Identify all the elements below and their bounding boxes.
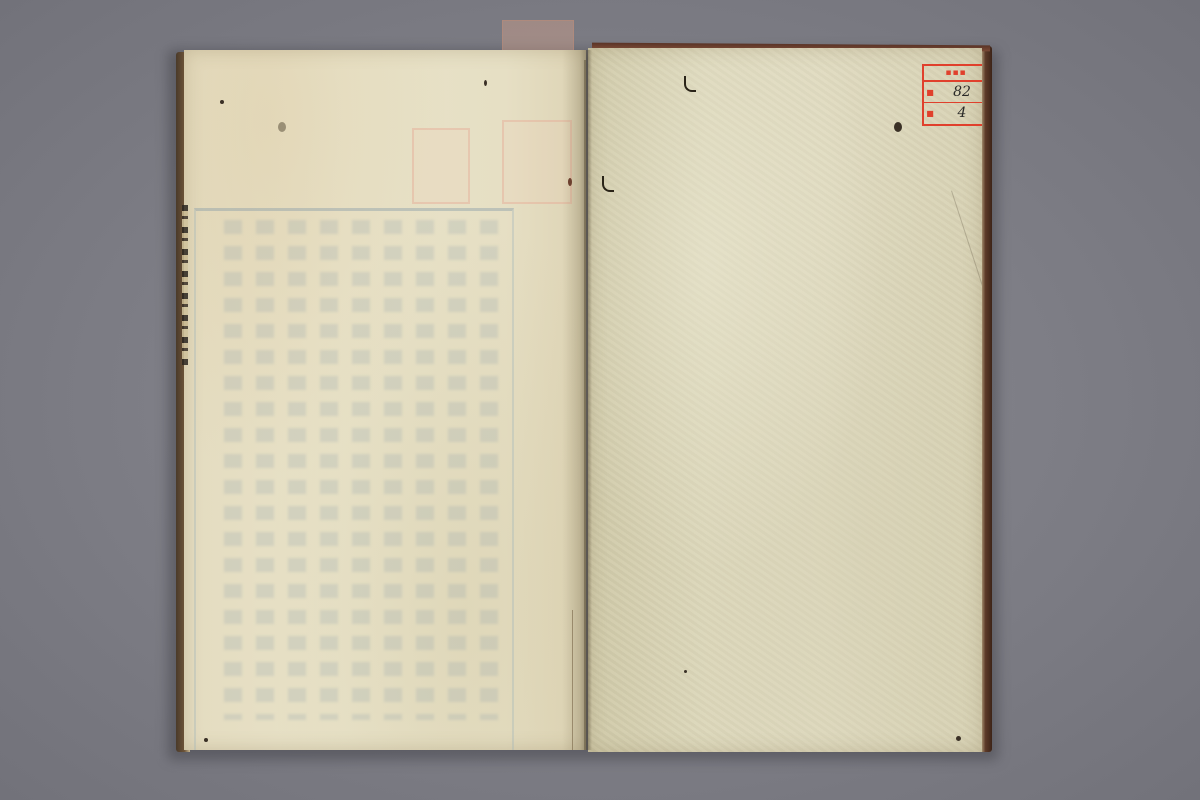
ghost-text-column xyxy=(224,220,242,720)
library-stamp: ▪▪▪ ■ 82 ■ 4 xyxy=(922,64,982,126)
ink-speck xyxy=(894,122,902,132)
stamp-volume-key: ■ xyxy=(924,109,936,118)
ghost-text-column xyxy=(256,220,274,720)
book-gutter xyxy=(562,50,592,750)
ink-speck xyxy=(484,80,487,86)
stamp-number-row: ■ 82 xyxy=(924,82,982,103)
page-crease xyxy=(951,191,982,296)
ink-speck xyxy=(220,100,224,104)
ghost-text-column xyxy=(288,220,306,720)
book-photo-scene: ▪▪▪ ■ 82 ■ 4 xyxy=(0,0,1200,800)
stain-mark xyxy=(278,122,286,132)
spine-label-marks xyxy=(182,205,188,365)
ghost-text-column xyxy=(384,220,402,720)
ghost-text-column xyxy=(480,220,498,720)
ink-speck xyxy=(956,736,961,741)
right-page: ▪▪▪ ■ 82 ■ 4 xyxy=(588,48,982,752)
stamp-volume-row: ■ 4 xyxy=(924,103,982,123)
ink-mark xyxy=(602,176,614,192)
ghost-text-column xyxy=(352,220,370,720)
ghost-text-column xyxy=(320,220,338,720)
gutter-crease xyxy=(584,60,586,750)
faded-seal-left xyxy=(412,128,470,204)
stamp-number-value: 82 xyxy=(936,84,982,100)
left-page xyxy=(184,50,586,750)
ink-speck xyxy=(684,670,687,673)
stamp-volume-value: 4 xyxy=(936,105,982,121)
ghost-text-column xyxy=(416,220,434,720)
ghost-text-column xyxy=(448,220,466,720)
stamp-number-key: ■ xyxy=(924,88,936,97)
ink-mark xyxy=(684,76,696,92)
stamp-header: ▪▪▪ xyxy=(924,66,982,82)
ink-speck xyxy=(204,738,208,742)
